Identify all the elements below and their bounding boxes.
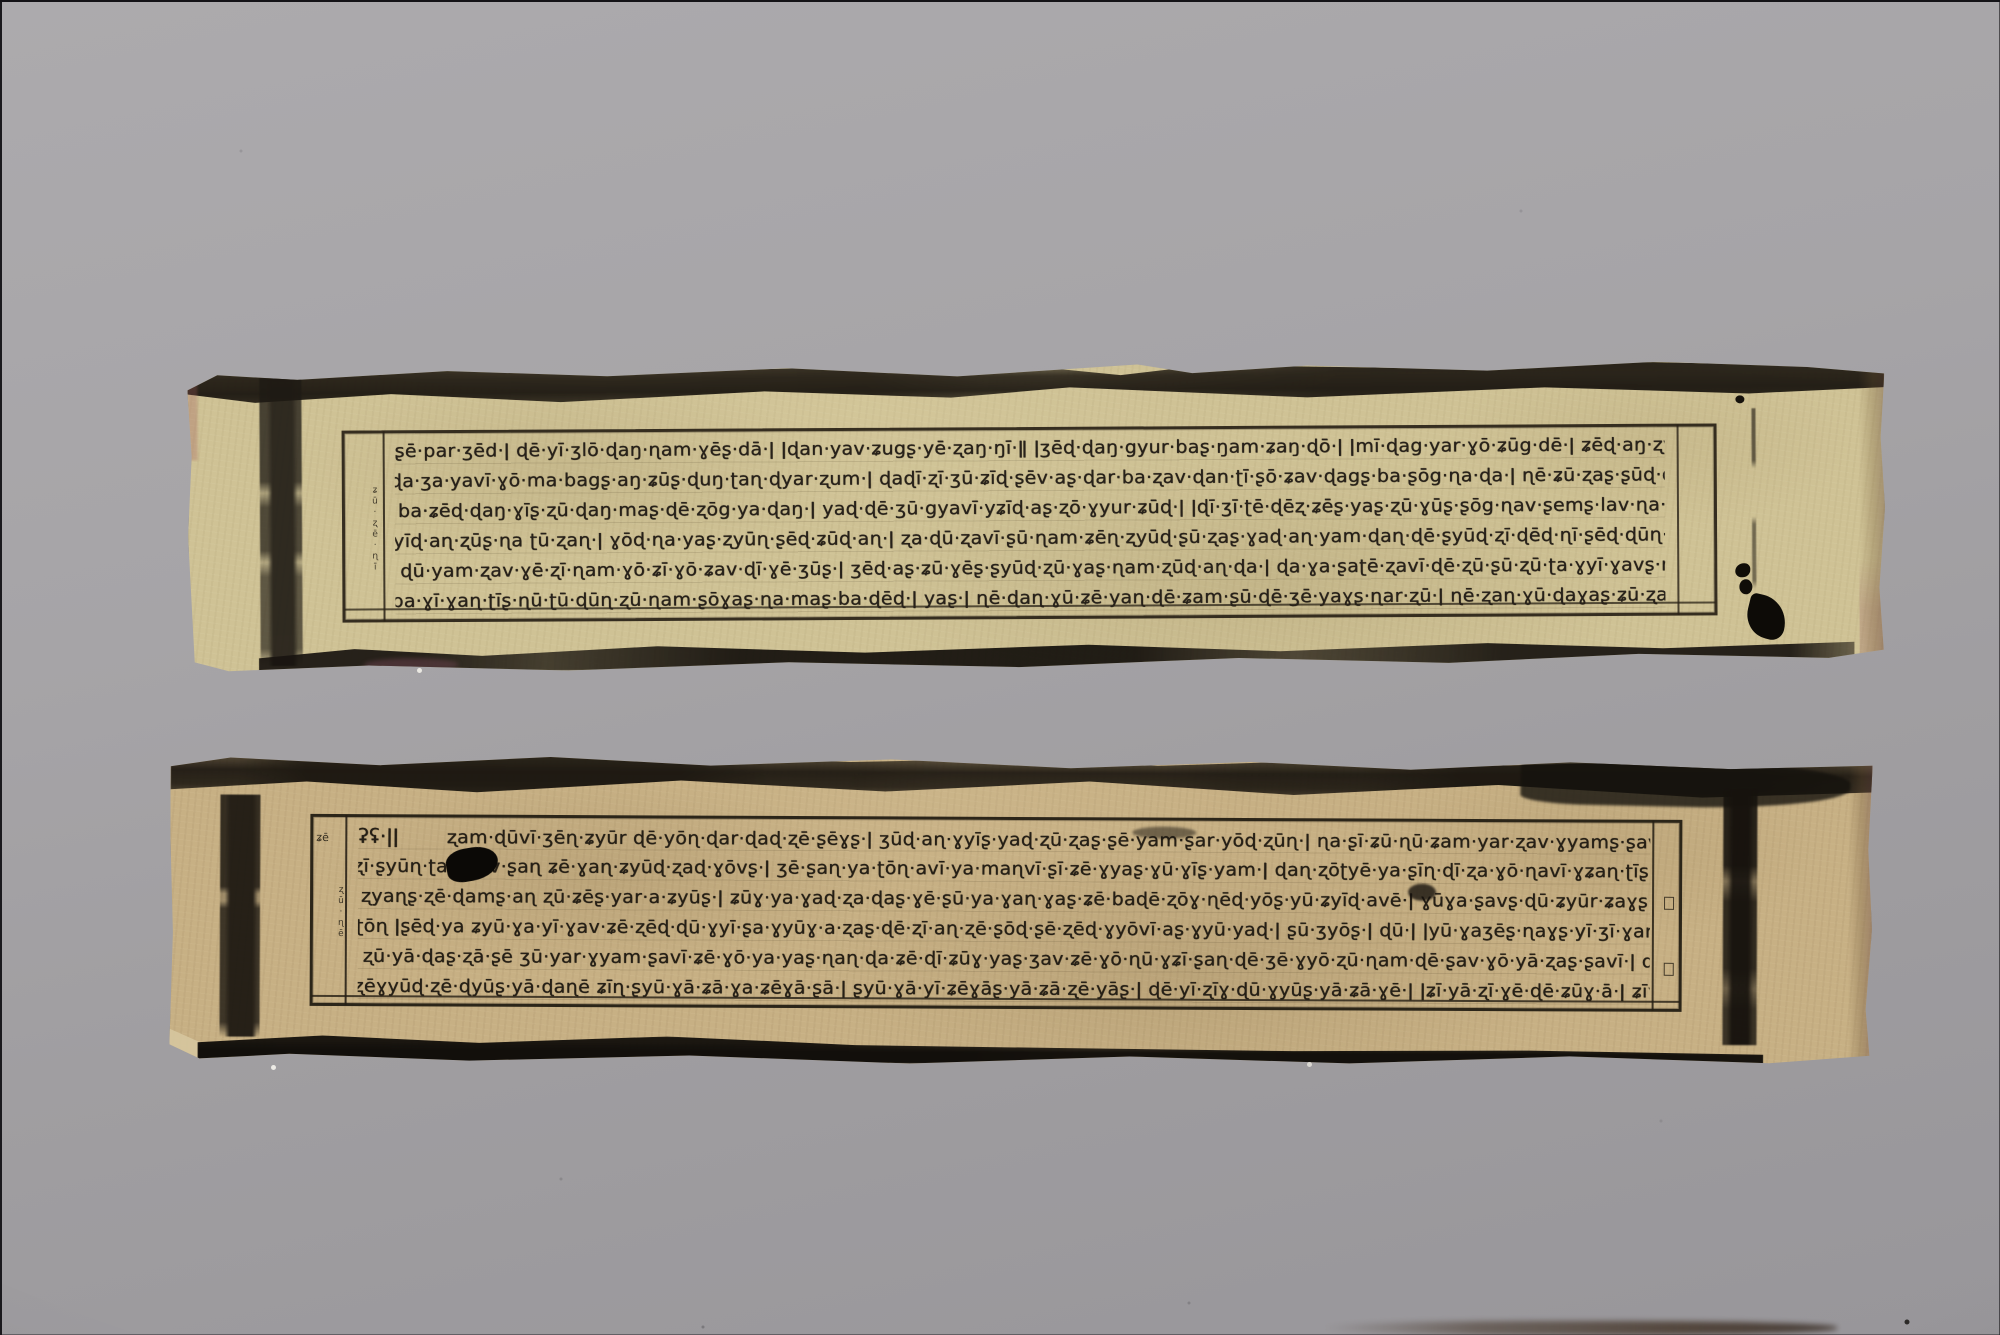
script-line: ɖū·yam·ʐav·ɣē·ʐī·ɳam·ɣō·ʑī·ɣō·ʑav·ɖī·ɣē·… [400, 551, 1665, 586]
script-line: ʐēɣyūɖ·ʐē·ɖyūʂ·yā·ɖaɳē ʑīɳ·ʂyū·ɣā·ʑā·ɣa·… [358, 972, 1650, 1006]
photograph-canvas: ʑū·ʐē·ɳī ʂē·par·ʒēd·ǀ ɖē·yī·ʒlō·ɖaŋ·ɳam·… [0, 0, 2000, 1335]
lower-leaf-bottom-ink-smudge [197, 1034, 1763, 1067]
lower-manuscript-leaf: ʑē ʐū·ɳē ʡʢ·ǀǀʐam·ɖūvī·ʒēɳ·ʑyūr ɖē·yōɳ·ɖ… [169, 752, 1872, 1069]
bottom-edge-blurred-object [1322, 1321, 1837, 1335]
script-line: ba·ɣī·ɣaɳ·ʈīʂ·ɳū·ʈū·ɖūɳ·ʐū·ɳam·ʂōɣaʂ·ɳa·… [395, 581, 1666, 616]
yig-mgo-head-mark: ʡʢ·ǀǀ [358, 825, 399, 848]
script-line: ʐū·yā·ɖaʂ·ʐā·ʂē ʒū·yar·ɣyam·ʂavī·ʑē·ɣō·y… [363, 942, 1650, 976]
lower-leaf-right-margin-box-mark [1664, 897, 1674, 910]
upper-leaf-right-edge-shading [1858, 358, 1886, 666]
lower-leaf-text-block: ʡʢ·ǀǀʐam·ɖūvī·ʒēɳ·ʑyūr ɖē·yōɳ·ɖar·ɖaɖ·ʐē… [358, 821, 1651, 1011]
upper-manuscript-leaf: ʑū·ʐē·ɳī ʂē·par·ʒēd·ǀ ɖē·yī·ʒlō·ɖaŋ·ɳam·… [187, 358, 1886, 675]
script-line: ba·ʑēɖ·ɖaŋ·ɣīʂ·ʐū·ɖaŋ·maʂ·ɖē·ʐōg·ya·ɖaŋ·… [398, 491, 1665, 526]
upper-leaf-maroon-stain [364, 658, 459, 671]
upper-leaf-ink-blob-large [1742, 592, 1791, 642]
lower-leaf-ink-smudge-small [1408, 884, 1436, 901]
upper-leaf-left-ink-stripe [259, 378, 303, 666]
script-line: ɖa·ʒa·yavī·ɣō·ma·bagʂ·aŋ·ʑūʂ·ɖuŋ·ʈaɳ·ɖya… [395, 461, 1665, 496]
upper-leaf-text-block: ʂē·par·ʒēd·ǀ ɖē·yī·ʒlō·ɖaŋ·ɳam·ɣēʂ·dā·ǀ … [395, 430, 1666, 621]
upper-leaf-right-margin-rule-remnant [1751, 408, 1756, 608]
lower-leaf-ink-smudge-small [1132, 826, 1196, 838]
script-line-with-head-mark: ʡʢ·ǀǀʐam·ɖūvī·ʒēɳ·ʑyūr ɖē·yōɳ·ɖar·ɖaɖ·ʐē… [358, 822, 1650, 856]
script-line: ʂē·par·ʒēd·ǀ ɖē·yī·ʒlō·ɖaŋ·ɳam·ɣēʂ·dā·ǀ … [395, 431, 1665, 466]
upper-leaf-ink-dot [1735, 395, 1744, 403]
upper-leaf-ink-blob-small [1735, 563, 1750, 577]
lower-leaf-left-ink-stripe [219, 795, 260, 1037]
upper-leaf-ink-blob-small [1739, 579, 1752, 594]
lower-leaf-margin-leaf-letter: ʑē [316, 831, 344, 851]
upper-leaf-vertical-margin-title: ʑū·ʐē·ɳī [346, 485, 380, 571]
lower-leaf-right-margin-box-mark [1664, 963, 1674, 976]
script-line: ʈōɳ ǀʂēɖ·ya ʑyū·ɣa·yī·ɣav·ʑē·ʐēɖ·ɖū·ɣyī·… [358, 912, 1650, 946]
lower-leaf-top-right-ink-wedge [1520, 759, 1851, 810]
lower-leaf-vertical-margin-title: ʐū·ɳē [320, 885, 346, 955]
upper-leaf-pink-edge-tint [187, 368, 197, 460]
lower-leaf-right-edge-shading [1847, 760, 1872, 1070]
script-line: ʐam·ɖūvī·ʒēɳ·ʑyūr ɖē·yōɳ·ɖar·ɖaɖ·ʐē·ʂēɣʂ… [447, 827, 1651, 855]
script-line: ʐyaɳʂ·ʐē·ɖamʂ·aɳ ʐū·ʑēʂ·yar·a·ʑyūʂ·ǀ ʑūɣ… [361, 882, 1650, 916]
upper-leaf-bottom-ink-smudge [259, 639, 1855, 672]
upper-leaf-top-ink-smudge [187, 358, 1884, 407]
script-line: yīɖ·aɳ·ʐūʂ·ɳa ʈū·ʐaɳ·ǀ ɣōɖ·ɳa·yaʂ·ʐyūɳ·ʂ… [395, 521, 1666, 556]
dust-specks [0, 0, 2, 2]
lower-leaf-right-ink-smear-band [1722, 789, 1757, 1045]
script-line: ʐī·ʂyūɳ·ʈaɳ·ʐav·ʂaɳ ʑē·ɣaɳ·ʑyūɖ·ʐaɖ·ɣōvʂ… [358, 852, 1651, 886]
